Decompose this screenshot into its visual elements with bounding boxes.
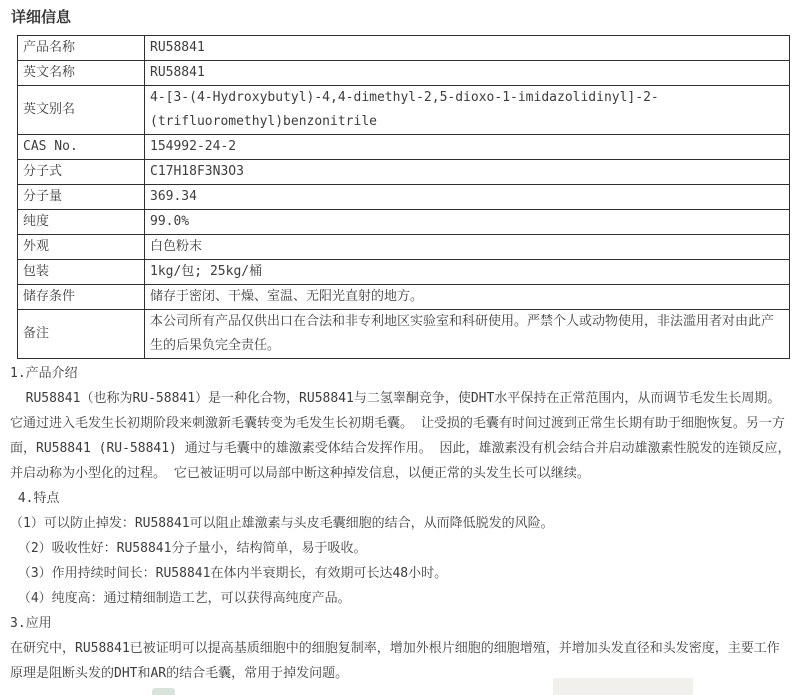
row-value: 4-[3-(4-Hydroxybutyl)-4,4-dimethyl-2,5-d…: [145, 86, 790, 135]
partial-image-fragment-right: [553, 678, 693, 695]
table-row: 外观 白色粉末: [18, 235, 790, 260]
section-heading: 1.产品介绍: [10, 361, 792, 386]
row-label: 纯度: [18, 210, 145, 235]
table-row: 分子量 369.34: [18, 185, 790, 210]
row-label: 英文名称: [18, 61, 145, 86]
row-value: 本公司所有产品仅供出口在合法和非专利地区实验室和科研使用。严禁个人或动物使用，非…: [145, 310, 790, 359]
row-label: 分子量: [18, 185, 145, 210]
section-product-intro: 1.产品介绍 RU58841（也称为RU-58841）是一种化合物，RU5884…: [10, 361, 792, 486]
row-value: RU58841: [145, 61, 790, 86]
row-value: 99.0%: [145, 210, 790, 235]
row-label: 储存条件: [18, 285, 145, 310]
row-value: 白色粉末: [145, 235, 790, 260]
page-title: 详细信息: [11, 6, 71, 27]
row-label: CAS No.: [18, 135, 145, 160]
table-row: 分子式 C17H18F3N3O3: [18, 160, 790, 185]
row-label: 包装: [18, 260, 145, 285]
section-heading: 3.应用: [10, 611, 792, 636]
row-value: 储存于密闭、干燥、室温、无阳光直射的地方。: [145, 285, 790, 310]
table-row: CAS No. 154992-24-2: [18, 135, 790, 160]
table-row: 产品名称 RU58841: [18, 36, 790, 61]
row-label: 分子式: [18, 160, 145, 185]
row-value: RU58841: [145, 36, 790, 61]
section-paragraph: RU58841（也称为RU-58841）是一种化合物，RU58841与二氢睾酮竞…: [10, 386, 792, 486]
table-row: 英文名称 RU58841: [18, 61, 790, 86]
feature-item: （2）吸收性好：RU58841分子量小，结构简单，易于吸收。: [10, 536, 792, 561]
section-application: 3.应用 在研究中，RU58841已被证明可以提高基质细胞中的细胞复制率，增加外…: [10, 611, 792, 686]
product-info-table: 产品名称 RU58841 英文名称 RU58841 英文别名 4-[3-(4-H…: [17, 35, 790, 359]
row-label: 外观: [18, 235, 145, 260]
table-row: 储存条件 储存于密闭、干燥、室温、无阳光直射的地方。: [18, 285, 790, 310]
description-content: 1.产品介绍 RU58841（也称为RU-58841）是一种化合物，RU5884…: [10, 361, 792, 686]
row-value: C17H18F3N3O3: [145, 160, 790, 185]
feature-item: （4）纯度高：通过精细制造工艺，可以获得高纯度产品。: [10, 586, 792, 611]
feature-item: （1）可以防止掉发：RU58841可以阻止雄激素与头皮毛囊细胞的结合，从而降低脱…: [10, 511, 792, 536]
row-label: 备注: [18, 310, 145, 359]
row-value: 369.34: [145, 185, 790, 210]
row-label: 英文别名: [18, 86, 145, 135]
section-features: 4.特点 （1）可以防止掉发：RU58841可以阻止雄激素与头皮毛囊细胞的结合，…: [10, 486, 792, 611]
table-row: 备注 本公司所有产品仅供出口在合法和非专利地区实验室和科研使用。严禁个人或动物使…: [18, 310, 790, 359]
product-detail-page: 详细信息 产品名称 RU58841 英文名称 RU58841 英文别名 4-[3…: [0, 0, 799, 695]
table-row: 英文别名 4-[3-(4-Hydroxybutyl)-4,4-dimethyl-…: [18, 86, 790, 135]
section-heading: 4.特点: [10, 486, 792, 511]
row-value: 154992-24-2: [145, 135, 790, 160]
row-value: 1kg/包; 25kg/桶: [145, 260, 790, 285]
table-row: 纯度 99.0%: [18, 210, 790, 235]
table-row: 包装 1kg/包; 25kg/桶: [18, 260, 790, 285]
partial-image-fragment-left: [152, 688, 175, 695]
row-label: 产品名称: [18, 36, 145, 61]
feature-item: （3）作用持续时间长：RU58841在体内半衰期长，有效期可长达48小时。: [10, 561, 792, 586]
